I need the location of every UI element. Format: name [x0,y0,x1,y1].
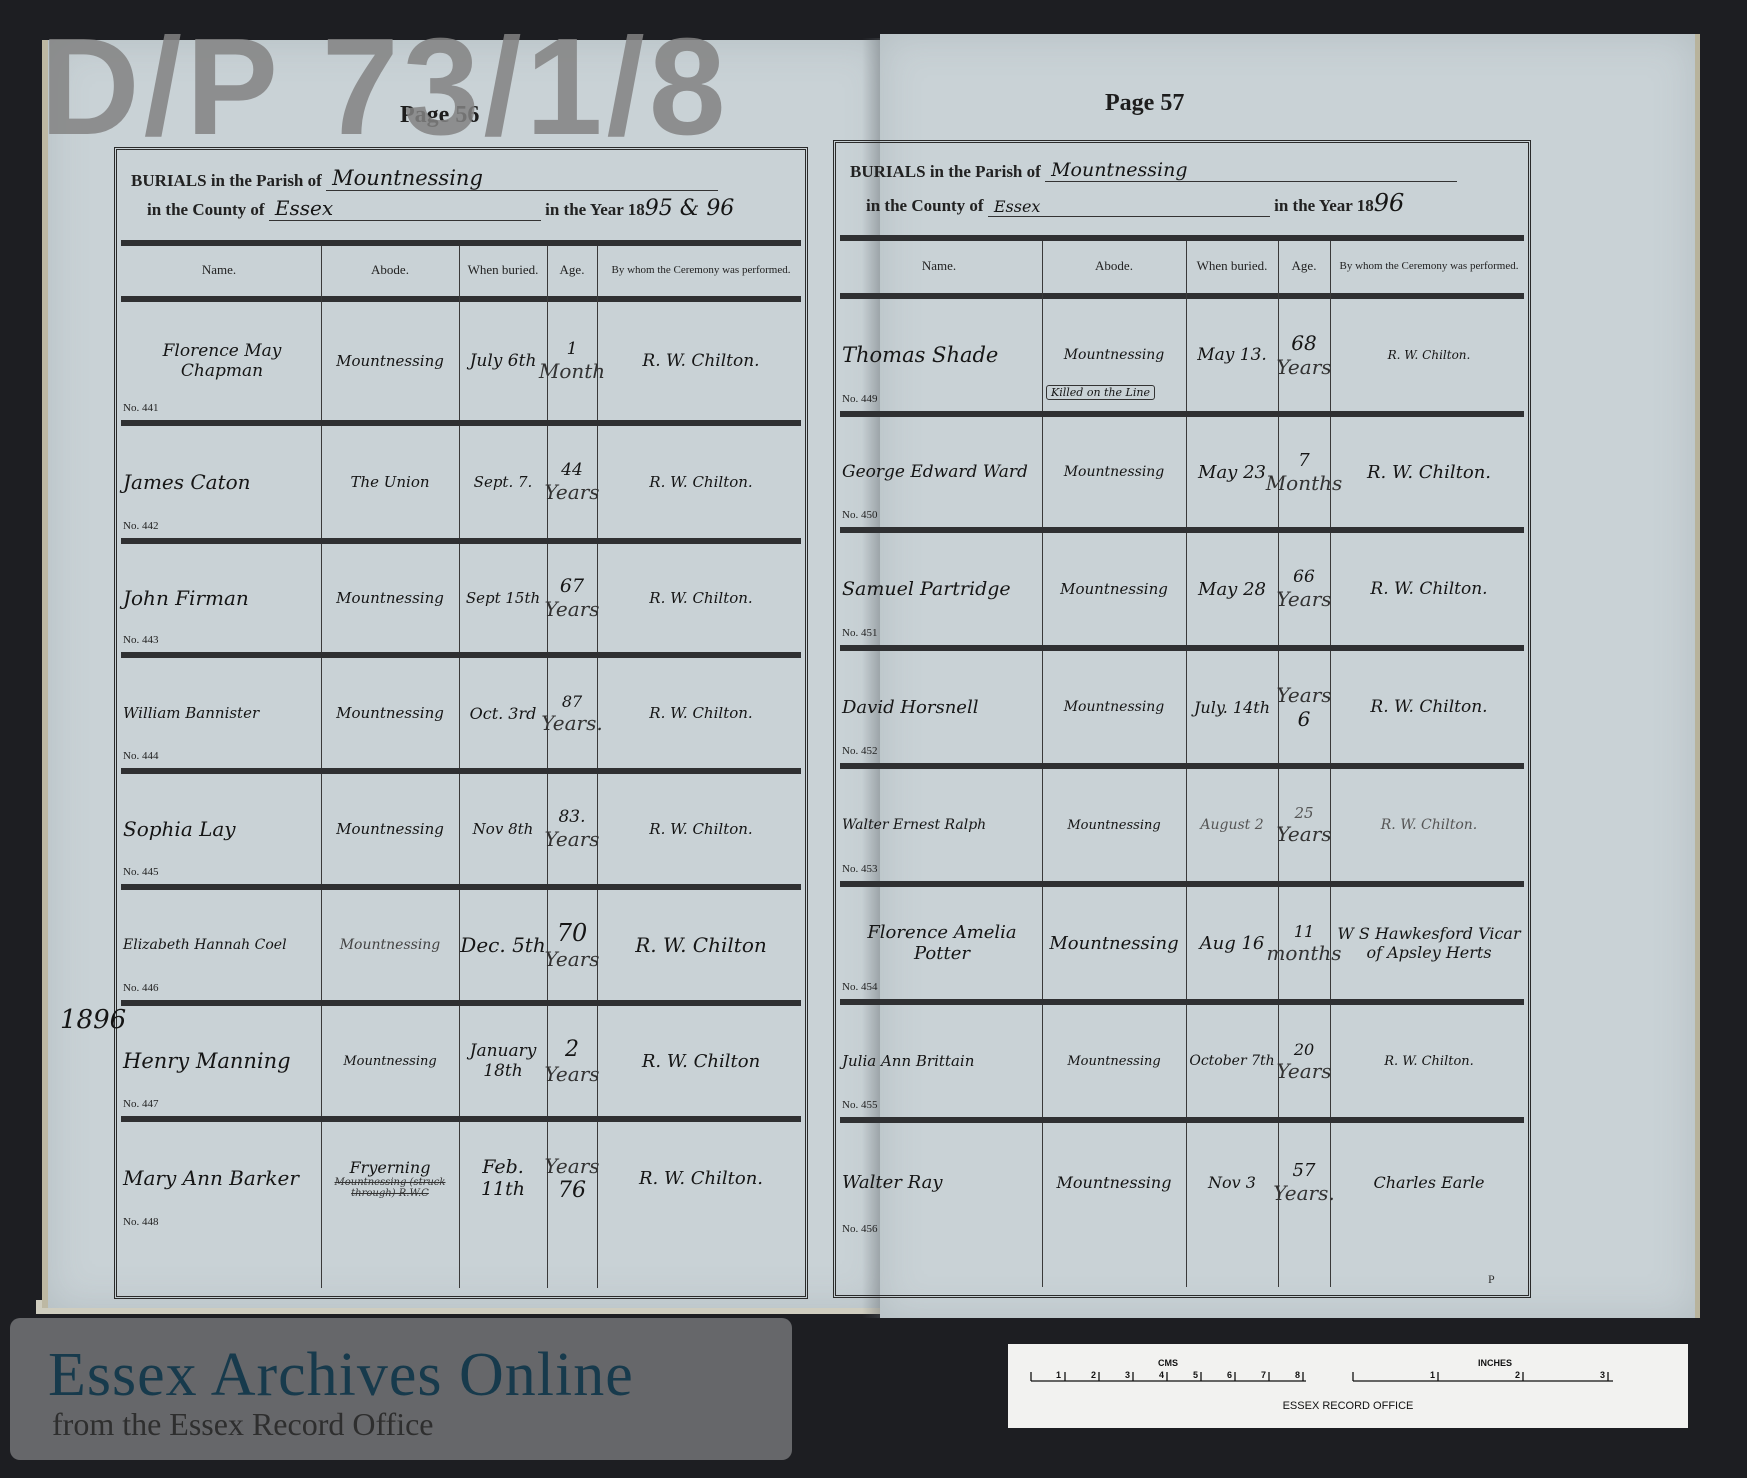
entry-number: No. 444 [123,750,158,762]
entry-age: 57 [1293,1160,1316,1181]
entry-name: John Firman [123,586,249,610]
table-row: Mary Ann Barker Fryerning Mountnessing (… [117,1122,805,1234]
scale-cm-tick: 2 [1091,1370,1096,1380]
table-row: Sophia Lay Mountnessing Nov 8th 83.Years… [117,774,805,884]
table-row: Walter Ernest Ralph Mountnessing August … [836,769,1528,881]
entry-age-unit: Years [1276,355,1331,379]
entry-when-buried: Aug 16 [1200,933,1265,954]
entry-age: 25 [1294,804,1313,822]
entry-when-buried: August 2 [1200,817,1263,833]
entry-when-buried: July. 14th [1194,698,1270,717]
entry-when-buried: Sept 15th [466,589,540,607]
scale-inch-tick: 1 [1430,1370,1435,1380]
table-row: William Bannister Mountnessing Oct. 3rd … [117,658,805,768]
entry-age: 68 [1291,331,1316,355]
county-label: in the County of [147,200,265,219]
table-row: Thomas Shade Mountnessing Killed on the … [836,299,1528,411]
column-header-row: Name. Abode. When buried. Age. By whom t… [836,241,1528,291]
left-page: Page 56 BURIALS in the Parish of Mountne… [42,40,886,1308]
entry-officiant: Charles Earle [1373,1173,1484,1192]
entry-age-unit: Years [1276,822,1331,846]
entry-abode: Mountnessing [1067,818,1160,833]
county-label: in the County of [866,196,984,215]
entry-number: No. 445 [123,866,158,878]
col-header-abode: Abode. [321,246,459,294]
entry-number: No. 450 [842,509,877,521]
entry-age: 11 [1294,922,1314,941]
entry-number: No. 452 [842,745,877,757]
scale-cm-tick: 5 [1193,1370,1198,1380]
entry-age: 1 [567,339,578,359]
entry-age-unit: Years [1276,683,1331,707]
year-label: in the Year 18 [1274,196,1374,215]
entry-age: 67 [560,575,584,597]
entry-officiant: R. W. Chilton. [649,589,752,607]
table-row: Samuel Partridge Mountnessing May 28 66Y… [836,533,1528,645]
entry-officiant: R. W. Chilton. [1367,462,1491,483]
entry-name: Samuel Partridge [842,578,1011,600]
entry-age-unit: Years [544,827,599,851]
entry-number: No. 448 [123,1216,158,1228]
year-value: 96 [1374,189,1405,217]
entry-age-unit: Years [544,1154,599,1178]
entry-age-unit: Years [1276,587,1331,611]
scale-inches-label: INCHES [1478,1358,1512,1368]
register-heading: BURIALS in the Parish of Mountnessing in… [836,143,1528,231]
scale-ruler-icon [1008,1344,1688,1394]
entry-number: No. 453 [842,863,877,875]
entry-abode-note: Killed on the Line [1046,385,1155,400]
table-row: James Caton The Union Sept. 7. 44Years R… [117,426,805,538]
entry-officiant: R. W. Chilton. [649,704,752,722]
county-value: Essex [988,197,1270,217]
entry-number: No. 449 [842,393,877,405]
entry-name: David Horsnell [842,697,978,718]
entry-abode: Mountnessing [1060,580,1168,598]
scale-cms-label: CMS [1158,1358,1178,1368]
entry-officiant: R. W. Chilton. [639,1168,763,1189]
col-header-officiant: By whom the Ceremony was performed. [1330,241,1528,291]
entry-abode: Mountnessing [336,589,444,607]
entry-name: Thomas Shade [842,343,998,367]
entry-number: No. 454 [842,981,877,993]
table-row: George Edward Ward Mountnessing May 23 7… [836,417,1528,527]
scale-inch-tick: 2 [1515,1370,1520,1380]
entry-age-unit: Years [1276,1059,1331,1083]
entry-when-buried: May 23 [1198,462,1266,483]
entry-name: Henry Manning [123,1049,291,1073]
entry-when-buried: Nov 8th [473,820,534,838]
col-header-officiant: By whom the Ceremony was performed. [597,246,805,294]
parish-value: Mountnessing [1045,159,1457,182]
entry-officiant: R. W. Chilton. [1384,1054,1474,1069]
entry-number: No. 455 [842,1099,877,1111]
entry-name: Florence May Chapman [123,341,321,381]
entry-age: 66 [1293,567,1315,587]
entry-name: Florence Amelia Potter [842,922,1042,964]
table-row: Julia Ann Brittain Mountnessing October … [836,1005,1528,1117]
entry-officiant: R. W. Chilton. [649,820,752,838]
scale-inch-tick: 3 [1600,1370,1605,1380]
entry-age-unit: Years [544,597,599,621]
entry-abode: Mountnessing [1064,347,1165,363]
entry-number: No. 443 [123,634,158,646]
entry-age-unit: Years. [1273,1181,1334,1205]
col-header-age: Age. [1278,241,1330,291]
entry-name: Walter Ernest Ralph [842,817,986,833]
watermark-title: Essex Archives Online [48,1340,634,1411]
entry-age-unit: Years [544,947,599,971]
year-label: in the Year 18 [545,200,645,219]
entry-when-buried: July 6th [470,351,537,371]
entry-when-buried: Feb. 11th [459,1156,547,1200]
entry-age-unit: Years [544,480,599,504]
entry-abode: Mountnessing [343,1054,436,1069]
col-header-age: Age. [547,246,597,294]
entry-abode: The Union [350,473,429,491]
entry-officiant: R. W. Chilton. [1370,579,1487,599]
scale-cm-tick: 1 [1056,1370,1061,1380]
entry-officiant: R. W. Chilton. [1388,348,1471,362]
entry-age: 6 [1298,707,1311,731]
table-row: Florence Amelia Potter Mountnessing Aug … [836,887,1528,999]
year-value: 95 & 96 [645,196,735,221]
right-register-table: BURIALS in the Parish of Mountnessing in… [833,140,1531,1298]
col-header-when-buried: When buried. [459,246,547,294]
entry-officiant: R. W. Chilton [642,1051,760,1072]
entry-officiant: R. W. Chilton. [642,351,759,371]
entry-age-unit: Years. [541,711,602,735]
table-row: Florence May Chapman Mountnessing July 6… [117,302,805,420]
watermark-subtitle: from the Essex Record Office [52,1406,434,1443]
entry-abode: Mountnessing [1057,1173,1172,1192]
col-header-abode: Abode. [1042,241,1186,291]
archive-reference-watermark: D/P 73/1/8 [40,18,730,156]
entry-age: 7 [1298,450,1309,471]
entry-officiant: R. W. Chilton [635,933,766,957]
entry-abode: Mountnessing [1049,933,1178,954]
entry-number: No. 456 [842,1223,877,1235]
entry-officiant: R. W. Chilton. [1381,817,1478,833]
entry-name: William Bannister [123,704,259,722]
entry-abode: Mountnessing [336,704,444,722]
entry-age: 83. [558,807,585,827]
entry-when-buried: Oct. 3rd [470,704,537,723]
entry-abode: Fryerning [350,1158,431,1177]
entry-name: James Caton [123,470,251,494]
scale-bar-caption: ESSEX RECORD OFFICE [1008,1400,1688,1412]
column-header-row: Name. Abode. When buried. Age. By whom t… [117,246,805,294]
parish-value: Mountnessing [326,166,718,191]
entry-age: 76 [558,1178,586,1203]
page-footer-mark: P [1488,1272,1495,1287]
table-row: John Firman Mountnessing Sept 15th 67Yea… [117,544,805,652]
entry-number: No. 447 [123,1098,158,1110]
scale-cm-tick: 6 [1227,1370,1232,1380]
entry-number: No. 441 [123,402,158,414]
entry-when-buried: May 13. [1197,345,1267,365]
scale-bar: CMS 1 2 3 4 5 6 7 8 INCHES 1 2 3 ESSEX R… [1008,1344,1688,1428]
entry-name: Sophia Lay [123,817,236,841]
entry-age-unit: Month [539,359,605,383]
table-row: David Horsnell Mountnessing July. 14th Y… [836,651,1528,763]
register-title: BURIALS in the Parish of [131,171,322,190]
entry-when-buried: Dec. 5th [460,933,545,957]
entry-abode-correction: Mountnessing (struck through) R.W.C [321,1177,459,1199]
entry-name: Mary Ann Barker [123,1166,299,1190]
col-header-when-buried: When buried. [1186,241,1278,291]
table-row: Henry Manning Mountnessing January 18th … [117,1006,805,1116]
entry-name: Walter Ray [842,1172,943,1193]
entry-number: No. 446 [123,982,158,994]
entry-age: 70 [557,919,588,947]
scale-cm-tick: 8 [1295,1370,1300,1380]
entry-when-buried: Sept. 7. [474,473,533,491]
entry-name: Elizabeth Hannah Coel [123,937,287,953]
entry-age: 2 [565,1037,579,1062]
entry-number: No. 451 [842,627,877,639]
entry-name: George Edward Ward [842,462,1028,482]
register-title: BURIALS in the Parish of [850,162,1041,181]
table-row: Elizabeth Hannah Coel Mountnessing Dec. … [117,890,805,1000]
entry-when-buried: January 18th [459,1041,547,1081]
entry-number: No. 442 [123,520,158,532]
entry-abode: Mountnessing [1067,1054,1160,1069]
entry-officiant: R. W. Chilton. [1370,697,1487,717]
margin-year-note: 1896 [60,1005,126,1035]
entry-when-buried: Nov 3 [1208,1173,1256,1192]
entry-officiant: W S Hawkesford Vicar of Apsley Herts [1330,924,1528,962]
entry-age-unit: Years [544,1062,599,1086]
entry-when-buried: May 28 [1198,579,1266,600]
entry-officiant: R. W. Chilton. [649,473,752,491]
entry-name: Julia Ann Brittain [842,1052,974,1070]
col-header-name: Name. [117,246,321,294]
scale-cm-tick: 7 [1261,1370,1266,1380]
entry-abode: Mountnessing [1064,699,1165,715]
entry-abode: Mountnessing [1064,464,1165,480]
scale-cm-tick: 4 [1159,1370,1164,1380]
right-page: Page 57 BURIALS in the Parish of Mountne… [880,34,1700,1318]
county-value: Essex [269,196,541,221]
left-register-table: BURIALS in the Parish of Mountnessing in… [114,147,808,1299]
col-header-name: Name. [836,241,1042,291]
entry-abode: Mountnessing [336,352,444,370]
page-title-right: Page 57 [1105,90,1184,117]
scale-cm-tick: 3 [1125,1370,1130,1380]
entry-abode: Mountnessing [340,937,441,953]
table-row: Walter Ray Mountnessing Nov 3 57Years. C… [836,1123,1528,1241]
entry-age: 20 [1294,1040,1314,1059]
entry-age: 44 [561,460,583,480]
entry-abode: Mountnessing [336,820,444,838]
entry-age: 87 [562,692,582,711]
entry-when-buried: October 7th [1189,1053,1274,1069]
